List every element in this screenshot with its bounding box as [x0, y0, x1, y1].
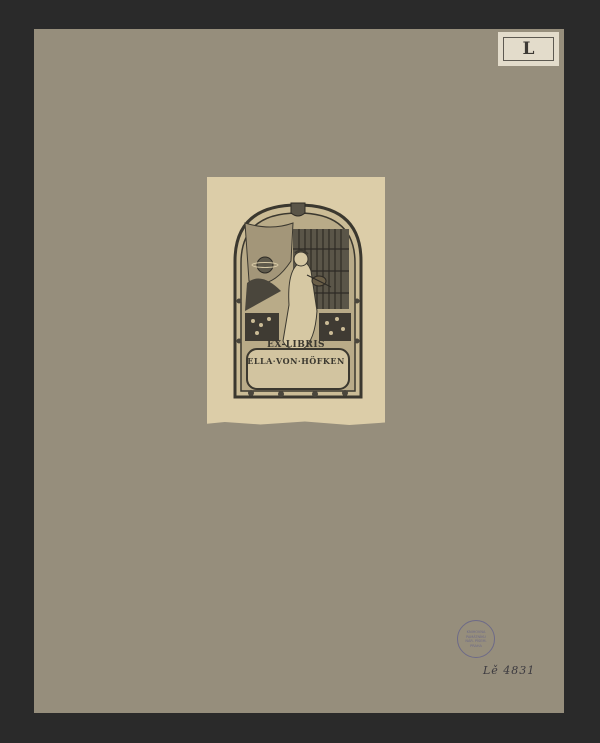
corner-label: L — [498, 32, 559, 66]
owner-name: ELLA·VON·HÖFKEN — [207, 356, 385, 366]
engraving-illustration — [231, 201, 365, 399]
ex-libris-heading: EX-LIBRIS — [207, 340, 385, 350]
shelfmark-note: Lě 4831 — [483, 664, 535, 677]
library-stamp: KNIHOVNA PAMÁTNÍKU NÁR. PÍSEM. PRAHA — [457, 620, 495, 658]
corner-label-text: L — [503, 37, 554, 61]
bookplate: EX-LIBRIS ELLA·VON·HÖFKEN — [207, 177, 385, 425]
stamp-line: PRAHA — [458, 644, 494, 649]
